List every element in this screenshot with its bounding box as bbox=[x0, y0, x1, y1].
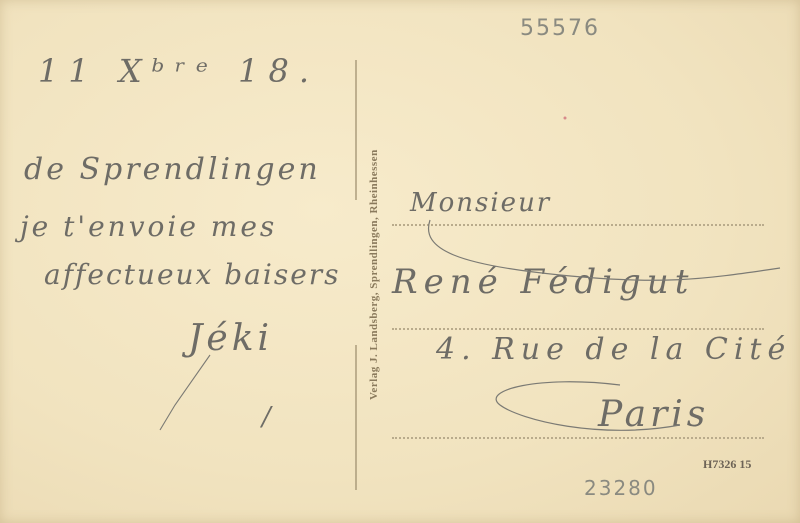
divider-line bbox=[356, 60, 357, 490]
address-line-3: 4. Rue de la Cité 4. bbox=[436, 332, 800, 367]
address-line-1: Monsieur bbox=[410, 188, 551, 218]
message-line-3: affectueux baisers bbox=[44, 258, 341, 291]
address-line-2: René Fédigut bbox=[392, 262, 694, 302]
message-date: 11 Xᵇʳᵉ 18. bbox=[38, 52, 319, 90]
address-rule-2 bbox=[392, 328, 764, 330]
message-line-1: de Sprendlingen bbox=[24, 152, 321, 187]
signature-mark: / bbox=[262, 402, 272, 432]
address-rule-3 bbox=[392, 437, 764, 439]
archive-number-bottom: 23280 bbox=[584, 476, 658, 500]
print-code: H7326 15 bbox=[703, 457, 751, 472]
address-line-4: Paris bbox=[598, 394, 709, 435]
message-line-2: je t'envoie mes bbox=[20, 210, 277, 243]
signature: Jéki bbox=[188, 318, 273, 359]
archive-number-top: 55576 bbox=[520, 16, 600, 41]
postcard-back: 55576 11 Xᵇʳᵉ 18. de Sprendlingen je t'e… bbox=[0, 0, 800, 523]
publisher-imprint: Verlag J. Landsberg, Sprendlingen, Rhein… bbox=[368, 149, 380, 400]
address-rule-1 bbox=[392, 224, 764, 226]
